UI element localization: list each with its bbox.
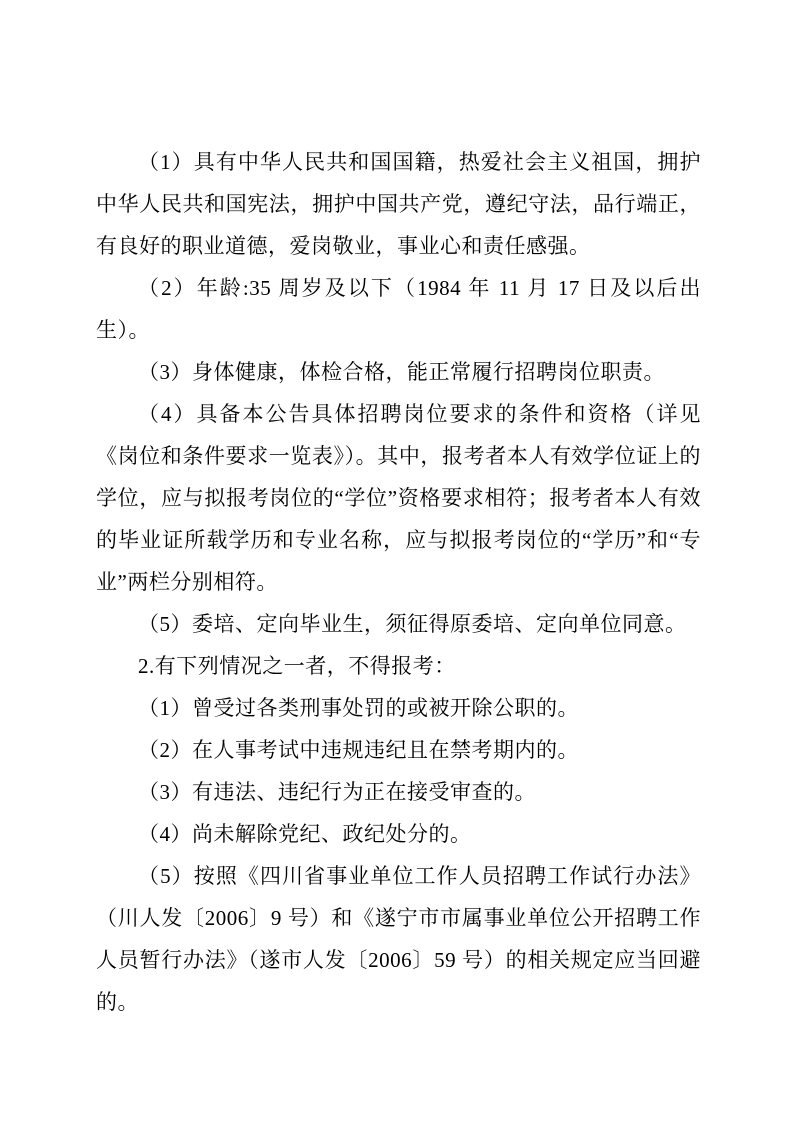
paragraph-condition-3-health: （3）身体健康，体检合格，能正常履行招聘岗位职责。 [96,351,701,393]
paragraph-exclusion-3-under-review: （3）有违法、违纪行为正在接受审查的。 [96,771,701,813]
paragraph-exclusion-1-criminal: （1）曾受过各类刑事处罚的或被开除公职的。 [96,687,701,729]
document-page: （1）具有中华人民共和国国籍，热爱社会主义祖国，拥护中华人民共和国宪法，拥护中国… [0,0,793,1122]
paragraph-section-2-heading: 2.有下列情况之一者，不得报考： [96,645,701,687]
paragraph-exclusion-5-avoidance-rules: （5）按照《四川省事业单位工作人员招聘工作试行办法》（川人发〔2006〕9 号）… [96,855,701,1023]
paragraph-condition-2-age: （2）年龄:35 周岁及以下（1984 年 11 月 17 日及以后出生）。 [96,267,701,351]
paragraph-condition-5-entrusted-training: （5）委培、定向毕业生，须征得原委培、定向单位同意。 [96,603,701,645]
paragraph-exclusion-2-exam-violation: （2）在人事考试中违规违纪且在禁考期内的。 [96,729,701,771]
paragraph-condition-1: （1）具有中华人民共和国国籍，热爱社会主义祖国，拥护中华人民共和国宪法，拥护中国… [96,141,701,267]
paragraph-condition-4-qualification: （4）具备本公告具体招聘岗位要求的条件和资格（详见《岗位和条件要求一览表》）。其… [96,393,701,603]
paragraph-exclusion-4-discipline: （4）尚未解除党纪、政纪处分的。 [96,813,701,855]
